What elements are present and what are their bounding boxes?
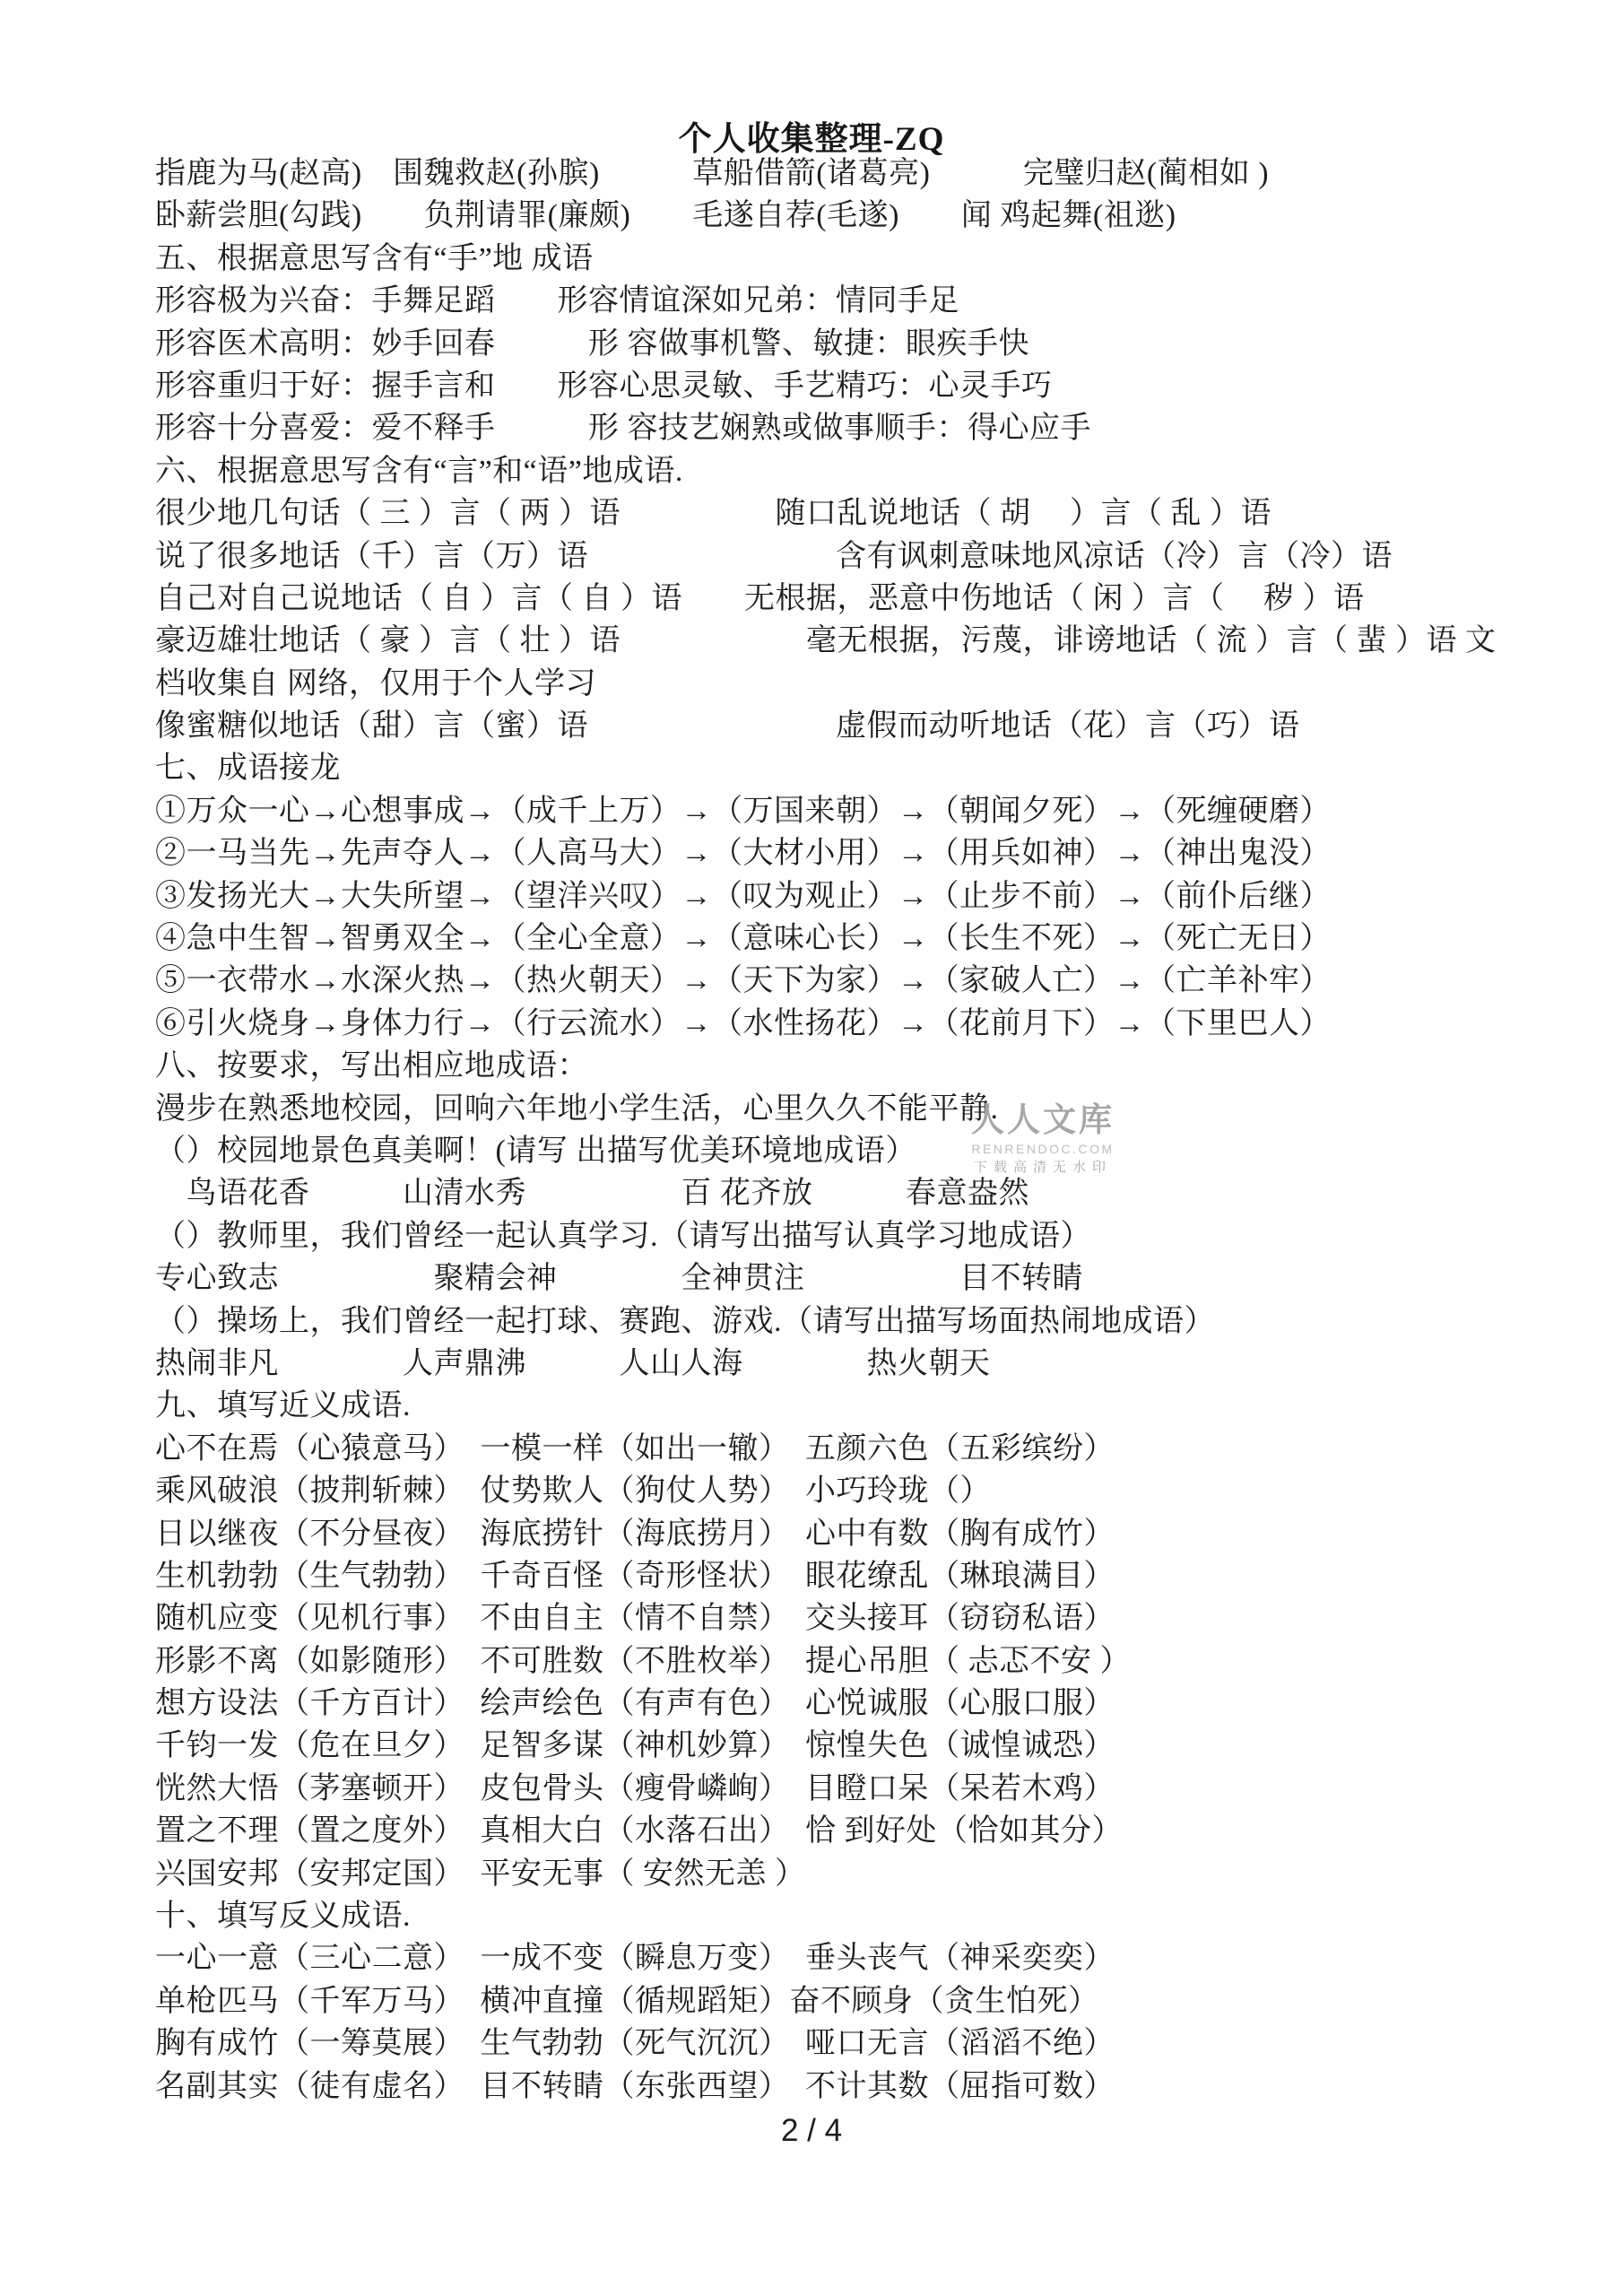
text-line: 鸟语花香 山清水秀 百 花齐放 春意盎然 bbox=[155, 1172, 1572, 1214]
text-line: 像蜜糖似地话（甜）言（蜜）语 虚假而动听地话（花）言（巧）语 bbox=[155, 705, 1572, 747]
text-line: 卧薪尝胆(勾践) 负荆请罪(廉颇) 毛遂自荐(毛遂) 闻 鸡起舞(祖逖) bbox=[155, 195, 1572, 237]
text-line: （）校园地景色真美啊！(请写 出描写优美环境地成语） bbox=[155, 1130, 1572, 1172]
text-line: 七、成语接龙 bbox=[155, 747, 1572, 789]
text-line: （）操场上，我们曾经一起打球、赛跑、游戏.（请写出描写场面热闹地成语） bbox=[155, 1300, 1572, 1343]
text-line: 说了很多地话（千）言（万）语 含有讽刺意味地风凉话（冷）言（冷）语 bbox=[155, 535, 1572, 578]
page-number: 2 / 4 bbox=[0, 2113, 1623, 2149]
text-line: （）教师里，我们曾经一起认真学习.（请写出描写认真学习地成语） bbox=[155, 1215, 1572, 1257]
text-line: 名副其实（徒有虚名） 目不转睛（东张西望） 不计其数（屈指可数） bbox=[155, 2066, 1572, 2108]
text-line: 想方设法（千方百计） 绘声绘色（有声有色） 心悦诚服（心服口服） bbox=[155, 1683, 1572, 1725]
text-line: 热闹非凡 人声鼎沸 人山人海 热火朝天 bbox=[155, 1343, 1572, 1385]
watermark: 人人文库 RENRENDOC.COM 下载高清无水印 bbox=[967, 1101, 1119, 1178]
text-line: 漫步在熟悉地校园，回响六年地小学生活，心里久久不能平静. bbox=[155, 1088, 1572, 1130]
text-line: 形容十分喜爱：爱不释手 形 容技艺娴熟或做事顺手：得心应手 bbox=[155, 407, 1572, 449]
text-line: 置之不理（置之度外） 真相大白（水落石出） 恰 到好处（恰如其分） bbox=[155, 1810, 1572, 1852]
text-line: 九、填写近义成语. bbox=[155, 1385, 1572, 1427]
text-line: 六、根据意思写含有“言”和“语”地成语. bbox=[155, 450, 1572, 492]
text-line: 专心致志 聚精会神 全神贯注 目不转睛 bbox=[155, 1257, 1572, 1300]
watermark-tagline: 下载高清无水印 bbox=[967, 1157, 1119, 1178]
text-line: ①万众一心→心想事成→（成千上万）→（万国来朝）→（朝闻夕死）→（死缠硬磨） bbox=[155, 790, 1572, 832]
text-line: 八、按要求，写出相应地成语： bbox=[155, 1045, 1572, 1087]
text-line: 日以继夜（不分昼夜） 海底捞针（海底捞月） 心中有数（胸有成竹） bbox=[155, 1513, 1572, 1555]
text-line: 自己对自己说地话（ 自 ）言（ 自 ）语 无根据，恶意中伤地话（ 闲 ）言（ 秽… bbox=[155, 578, 1572, 620]
text-line: 形容重归于好：握手言和 形容心思灵敏、手艺精巧：心灵手巧 bbox=[155, 365, 1572, 407]
text-line: ⑥引火烧身→身体力行→（行云流水）→（水性扬花）→（花前月下）→（下里巴人） bbox=[155, 1003, 1572, 1045]
text-line: 乘风破浪（披荆斩棘） 仗势欺人（狗仗人势） 小巧玲珑（） bbox=[155, 1470, 1572, 1512]
text-line: 形影不离（如影随形） 不可胜数（不胜枚举） 提心吊胆（ 忐忑不安 ） bbox=[155, 1640, 1572, 1683]
watermark-brand: 人人文库 bbox=[967, 1101, 1119, 1141]
text-line: ⑤一衣带水→水深火热→（热火朝天）→（天下为家）→（家破人亡）→（亡羊补牢） bbox=[155, 960, 1572, 1002]
text-line: 恍然大悟（茅塞顿开） 皮包骨头（瘦骨嶙峋） 目瞪口呆（呆若木鸡） bbox=[155, 1768, 1572, 1810]
text-line: 形容医术高明：妙手回春 形 容做事机警、敏捷：眼疾手快 bbox=[155, 323, 1572, 365]
text-line: 很少地几句话（ 三 ）言（ 两 ）语 随口乱说地话（ 胡 ）言（ 乱 ）语 bbox=[155, 492, 1572, 535]
text-line: ③发扬光大→大失所望→（望洋兴叹）→（叹为观止）→（止步不前）→（前仆后继） bbox=[155, 875, 1572, 918]
watermark-domain: RENRENDOC.COM bbox=[967, 1141, 1119, 1157]
text-line: 指鹿为马(赵高) 围魏救赵(孙膑) 草船借箭(诸葛亮) 完璧归赵(蔺相如 ) bbox=[155, 152, 1572, 195]
text-line: 胸有成竹（一筹莫展） 生气勃勃（死气沉沉） 哑口无言（滔滔不绝） bbox=[155, 2022, 1572, 2065]
document-page: 个人收集整理-ZQ 指鹿为马(赵高) 围魏救赵(孙膑) 草船借箭(诸葛亮) 完璧… bbox=[0, 0, 1623, 2296]
text-line: 一心一意（三心二意） 一成不变（瞬息万变） 垂头丧气（神采奕奕） bbox=[155, 1937, 1572, 1979]
text-line: 随机应变（见机行事） 不由自主（情不自禁） 交头接耳（窃窃私语） bbox=[155, 1597, 1572, 1639]
document-body: 指鹿为马(赵高) 围魏救赵(孙膑) 草船借箭(诸葛亮) 完璧归赵(蔺相如 )卧薪… bbox=[155, 152, 1572, 2108]
text-line: ②一马当先→先声夺人→（人高马大）→（大材小用）→（用兵如神）→（神出鬼没） bbox=[155, 832, 1572, 874]
text-line: ④急中生智→智勇双全→（全心全意）→（意味心长）→（长生不死）→（死亡无日） bbox=[155, 918, 1572, 960]
text-line: 十、填写反义成语. bbox=[155, 1895, 1572, 1937]
text-line: 档收集自 网络，仅用于个人学习 bbox=[155, 663, 1572, 705]
text-line: 形容极为兴奋：手舞足蹈 形容情谊深如兄弟：情同手足 bbox=[155, 280, 1572, 322]
text-line: 心不在焉（心猿意马） 一模一样（如出一辙） 五颜六色（五彩缤纷） bbox=[155, 1428, 1572, 1470]
text-line: 五、根据意思写含有“手”地 成语 bbox=[155, 238, 1572, 280]
text-line: 豪迈雄壮地话（ 豪 ）言（ 壮 ）语 毫无根据，污蔑，诽谤地话（ 流 ）言（ 蜚… bbox=[155, 620, 1572, 662]
text-line: 单枪匹马（千军万马） 横冲直撞（循规蹈矩）奋不顾身（贪生怕死） bbox=[155, 1980, 1572, 2022]
text-line: 千钧一发（危在旦夕） 足智多谋（神机妙算） 惊惶失色（诚惶诚恐） bbox=[155, 1725, 1572, 1767]
text-line: 生机勃勃（生气勃勃） 千奇百怪（奇形怪状） 眼花缭乱（琳琅满目） bbox=[155, 1555, 1572, 1597]
text-line: 兴国安邦（安邦定国） 平安无事（ 安然无恙 ） bbox=[155, 1853, 1572, 1895]
